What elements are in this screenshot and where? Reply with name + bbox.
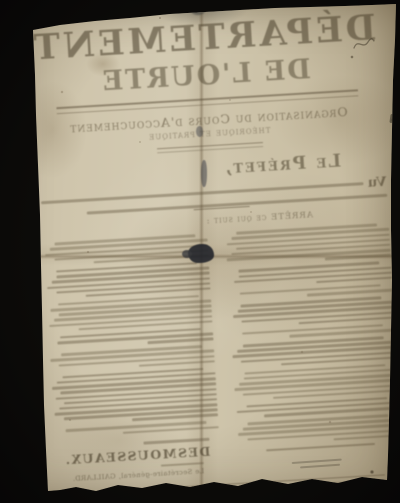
subtitle-rule bbox=[157, 142, 263, 153]
faded-paragraph bbox=[234, 413, 400, 446]
document-paper: DÉPARTEMENT DE L'OURTE Organisation du C… bbox=[0, 0, 400, 503]
printed-content-area: DÉPARTEMENT DE L'OURTE Organisation du C… bbox=[26, 0, 400, 494]
top-edge-ink-stain bbox=[190, 2, 206, 15]
body-columns: DESMOUSSEAUX.Le Secrétaire-général, GAIL… bbox=[39, 223, 400, 484]
pencil-stroke bbox=[300, 464, 340, 468]
faded-paragraph bbox=[232, 363, 399, 401]
faded-text-line bbox=[324, 254, 390, 260]
intro-lead-word: Vu bbox=[367, 176, 386, 190]
faded-text-line bbox=[147, 338, 213, 344]
pen-squiggle-mark bbox=[352, 36, 376, 52]
faded-paragraph bbox=[227, 296, 394, 329]
signature-block: DESMOUSSEAUX.Le Secrétaire-général, GAIL… bbox=[54, 437, 222, 483]
center-ink-blot bbox=[188, 244, 214, 263]
body-column-1 bbox=[223, 223, 400, 473]
faded-paragraph bbox=[43, 261, 210, 299]
faded-text-line bbox=[333, 434, 400, 441]
faded-text-line bbox=[316, 276, 392, 283]
signature-secretary: Le Secrétaire-général, GAILLARD. bbox=[55, 466, 221, 484]
ink-drip bbox=[201, 160, 207, 187]
faded-paragraph bbox=[230, 336, 397, 369]
faded-paragraph bbox=[45, 294, 212, 332]
edge-ink-spot bbox=[389, 114, 393, 123]
faded-paragraph bbox=[223, 223, 391, 266]
photo-background: DÉPARTEMENT DE L'OURTE Organisation du C… bbox=[0, 0, 400, 503]
small-ink-blot bbox=[196, 126, 203, 137]
faded-paragraph bbox=[49, 367, 218, 426]
faded-text-line bbox=[266, 443, 376, 452]
signature-byline-line bbox=[143, 438, 209, 444]
body-column-2: DESMOUSSEAUX.Le Secrétaire-général, GAIL… bbox=[41, 234, 221, 484]
